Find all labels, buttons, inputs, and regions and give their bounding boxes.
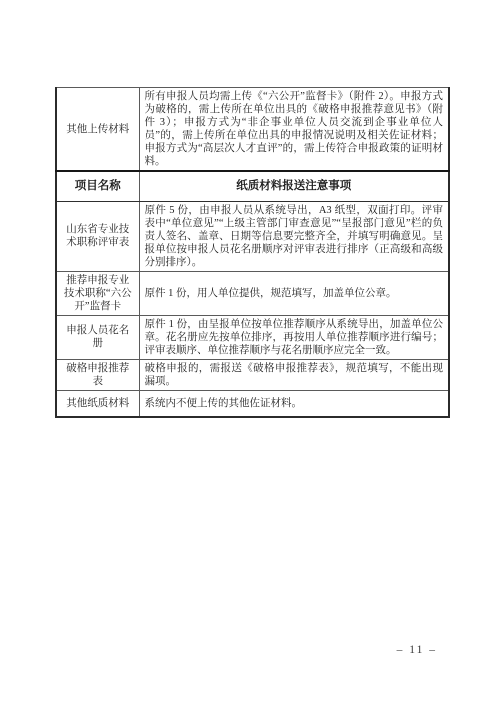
row-label-other-paper-materials: 其他纸质材料 — [56, 390, 139, 417]
row-label-applicant-roster: 申报人员花名册 — [56, 315, 139, 359]
row-content-applicant-roster: 原件 1 份，由呈报单位按单位推荐顺序从系统导出，加盖单位公章。花名册应先按单位… — [139, 315, 449, 359]
materials-submission-table: 其他上传材料 所有申报人员均需上传《“六公开”监督卡》（附件 2）。申报方式为破… — [55, 87, 450, 418]
row-label-exception-recommendation-form: 破格申报推荐表 — [56, 359, 139, 390]
row-content-exception-recommendation-form: 破格申报的，需报送《破格申报推荐表》，规范填写，不能出现漏项。 — [139, 359, 449, 390]
table-header-row: 项目名称 纸质材料报送注意事项 — [56, 171, 449, 201]
table-row-supervision-card: 推荐申报专业技术职称“六公开”监督卡 原件 1 份，用人单位提供，规范填写，加盖… — [56, 271, 449, 315]
table-row-applicant-roster: 申报人员花名册 原件 1 份，由呈报单位按单位推荐顺序从系统导出，加盖单位公章。… — [56, 315, 449, 359]
page-number: – 11 – — [397, 644, 437, 656]
row-content-other-upload-materials: 所有申报人员均需上传《“六公开”监督卡》（附件 2）。申报方式为破格的，需上传所… — [139, 88, 449, 172]
row-content-other-paper-materials: 系统内不便上传的其他佐证材料。 — [139, 390, 449, 417]
table-row-other-paper-materials: 其他纸质材料 系统内不便上传的其他佐证材料。 — [56, 390, 449, 417]
document-page: 其他上传材料 所有申报人员均需上传《“六公开”监督卡》（附件 2）。申报方式为破… — [0, 0, 500, 707]
row-content-supervision-card: 原件 1 份，用人单位提供，规范填写，加盖单位公章。 — [139, 271, 449, 315]
row-label-supervision-card: 推荐申报专业技术职称“六公开”监督卡 — [56, 271, 139, 315]
row-content-review-form: 原件 5 份，由申报人员从系统导出，A3 纸型，双面打印。评审表中“单位意见”“… — [139, 201, 449, 271]
table-row-review-form: 山东省专业技术职称评审表 原件 5 份，由申报人员从系统导出，A3 纸型，双面打… — [56, 201, 449, 271]
column-header-paper-material-notes: 纸质材料报送注意事项 — [139, 171, 449, 201]
table-row-other-upload-materials: 其他上传材料 所有申报人员均需上传《“六公开”监督卡》（附件 2）。申报方式为破… — [56, 88, 449, 172]
row-label-other-upload-materials: 其他上传材料 — [56, 88, 139, 172]
row-label-review-form: 山东省专业技术职称评审表 — [56, 201, 139, 271]
table-row-exception-recommendation-form: 破格申报推荐表 破格申报的，需报送《破格申报推荐表》，规范填写，不能出现漏项。 — [56, 359, 449, 390]
column-header-project-name: 项目名称 — [56, 171, 139, 201]
